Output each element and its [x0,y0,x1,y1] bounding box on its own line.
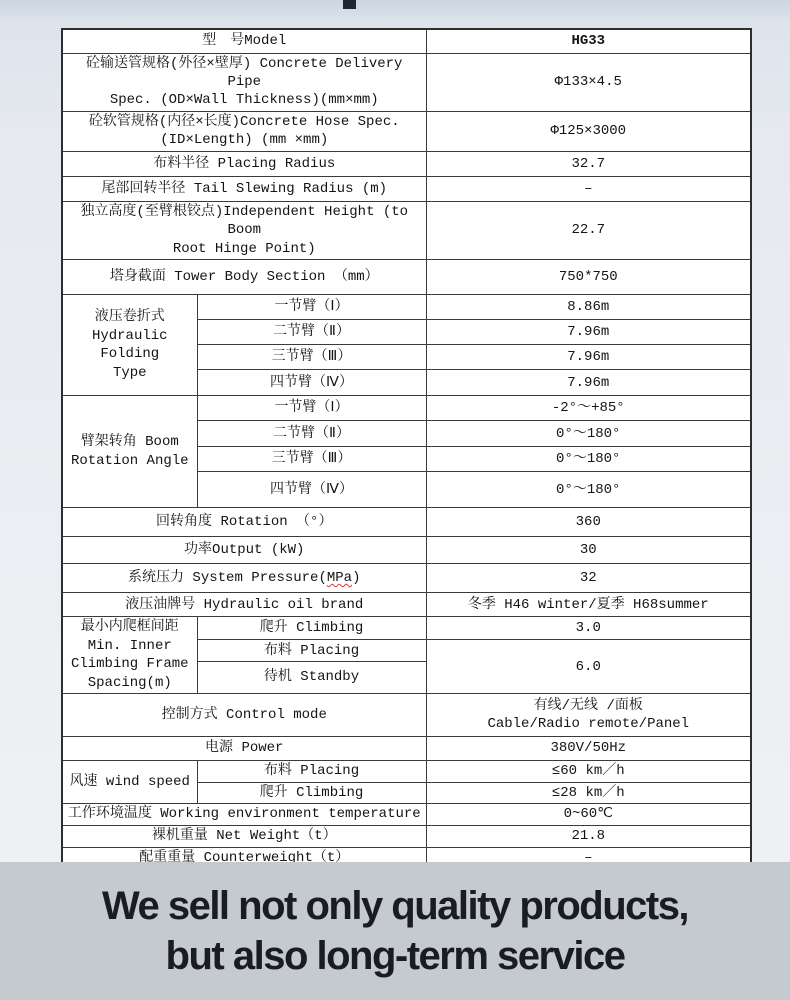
spec-label: 回转角度 Rotation （°） [62,508,426,537]
row-power: 电源 Power 380V/50Hz [62,737,751,761]
group-label-wind-speed: 风速 wind speed [62,761,197,804]
spec-label: 布料半径 Placing Radius [62,151,426,176]
row-output: 功率Output (kW) 30 [62,537,751,564]
group-label-folding: 液压卷折式 Hydraulic Folding Type [62,295,197,396]
row-temp: 工作环境温度 Working environment temperature 0… [62,804,751,825]
spec-value: 32 [426,564,751,593]
pressure-label-pre: 系统压力 System Pressure( [128,570,327,586]
spec-value: Φ125×3000 [426,111,751,151]
spec-label: 液压油牌号 Hydraulic oil brand [62,593,426,617]
spec-value: HG33 [426,29,751,53]
spec-label: 控制方式 Control mode [62,694,426,737]
row-tower-section: 塔身截面 Tower Body Section （mm） 750*750 [62,260,751,295]
pressure-label-post: ) [352,570,360,586]
spec-value: Φ133×4.5 [426,53,751,111]
spec-value: 0~60℃ [426,804,751,825]
spec-sublabel: 爬升 Climbing [197,782,426,803]
row-folding-1: 液压卷折式 Hydraulic Folding Type 一节臂（Ⅰ） 8.86… [62,295,751,320]
spec-sublabel: 三节臂（Ⅲ） [197,345,426,370]
headline-line2: but also long-term service [166,931,625,981]
spec-value-merged: 6.0 [426,640,751,694]
spec-sublabel: 二节臂（Ⅱ） [197,421,426,447]
spec-value: -2°～+85° [426,396,751,421]
spec-value: 0°～180° [426,472,751,508]
spec-sublabel: 布料 Placing [197,640,426,662]
pressure-label-mpa: MPa [327,570,352,586]
spec-value: 360 [426,508,751,537]
row-oil-brand: 液压油牌号 Hydraulic oil brand 冬季 H46 winter/… [62,593,751,617]
spec-label: 砼输送管规格(外径×壁厚) Concrete Delivery Pipe Spe… [62,53,426,111]
spec-value: 冬季 H46 winter/夏季 H68summer [426,593,751,617]
row-model: 型 号Model HG33 [62,29,751,53]
headline-band: We sell not only quality products, but a… [0,862,790,1000]
spec-label: 塔身截面 Tower Body Section （mm） [62,260,426,295]
spec-value: ≤28 km／h [426,782,751,803]
spec-value: ≤60 km／h [426,761,751,782]
row-tail-slewing: 尾部回转半径 Tail Slewing Radius (m) – [62,176,751,201]
row-wind-placing: 风速 wind speed 布料 Placing ≤60 km／h [62,761,751,782]
spec-value: 30 [426,537,751,564]
spec-value: 3.0 [426,617,751,640]
row-placing-radius: 布料半径 Placing Radius 32.7 [62,151,751,176]
spec-label: 系统压力 System Pressure(MPa) [62,564,426,593]
headline-line1: We sell not only quality products, [102,881,688,931]
group-label-rotation-angle: 臂架转角 Boom Rotation Angle [62,396,197,508]
spec-value: 32.7 [426,151,751,176]
row-net-weight: 裸机重量 Net Weight（t） 21.8 [62,825,751,847]
spec-value: 750*750 [426,260,751,295]
row-delivery-pipe: 砼输送管规格(外径×壁厚) Concrete Delivery Pipe Spe… [62,53,751,111]
spec-label: 裸机重量 Net Weight（t） [62,825,426,847]
spec-label: 工作环境温度 Working environment temperature [62,804,426,825]
spec-label: 砼软管规格(内径×长度)Concrete Hose Spec. (ID×Leng… [62,111,426,151]
spec-sublabel: 四节臂（Ⅳ） [197,472,426,508]
spec-sublabel: 二节臂（Ⅱ） [197,320,426,345]
row-control-mode: 控制方式 Control mode 有线/无线 /面板 Cable/Radio … [62,694,751,737]
spec-sublabel: 三节臂（Ⅲ） [197,447,426,472]
spec-sublabel: 四节臂（Ⅳ） [197,370,426,396]
spec-value: 8.86m [426,295,751,320]
spec-sublabel: 一节臂（Ⅰ） [197,396,426,421]
row-hose: 砼软管规格(内径×长度)Concrete Hose Spec. (ID×Leng… [62,111,751,151]
row-climb-climbing: 最小内爬框间距 Min. Inner Climbing Frame Spacin… [62,617,751,640]
spec-label: 型 号Model [62,29,426,53]
spec-label: 尾部回转半径 Tail Slewing Radius (m) [62,176,426,201]
row-rotation: 回转角度 Rotation （°） 360 [62,508,751,537]
spec-value: – [426,176,751,201]
spec-value: 22.7 [426,201,751,259]
spec-sublabel: 待机 Standby [197,662,426,694]
spec-sublabel: 爬升 Climbing [197,617,426,640]
row-pressure: 系统压力 System Pressure(MPa) 32 [62,564,751,593]
row-independent-height: 独立高度(至臂根铰点)Independent Height (to Boom R… [62,201,751,259]
group-label-climbing-frame: 最小内爬框间距 Min. Inner Climbing Frame Spacin… [62,617,197,694]
spec-value: 有线/无线 /面板 Cable/Radio remote/Panel [426,694,751,737]
spec-label: 功率Output (kW) [62,537,426,564]
cropped-title-fragment [343,0,356,9]
spec-label: 电源 Power [62,737,426,761]
row-angle-1: 臂架转角 Boom Rotation Angle 一节臂（Ⅰ） -2°～+85° [62,396,751,421]
spec-value: 0°～180° [426,421,751,447]
spec-sublabel: 一节臂（Ⅰ） [197,295,426,320]
spec-value: 380V/50Hz [426,737,751,761]
spec-table: 型 号Model HG33 砼输送管规格(外径×壁厚) Concrete Del… [61,28,752,870]
spec-value: 7.96m [426,370,751,396]
spec-value: 7.96m [426,345,751,370]
spec-value: 21.8 [426,825,751,847]
spec-label: 独立高度(至臂根铰点)Independent Height (to Boom R… [62,201,426,259]
page: 型 号Model HG33 砼输送管规格(外径×壁厚) Concrete Del… [0,0,790,1000]
spec-value: 0°～180° [426,447,751,472]
spec-sublabel: 布料 Placing [197,761,426,782]
spec-value: 7.96m [426,320,751,345]
